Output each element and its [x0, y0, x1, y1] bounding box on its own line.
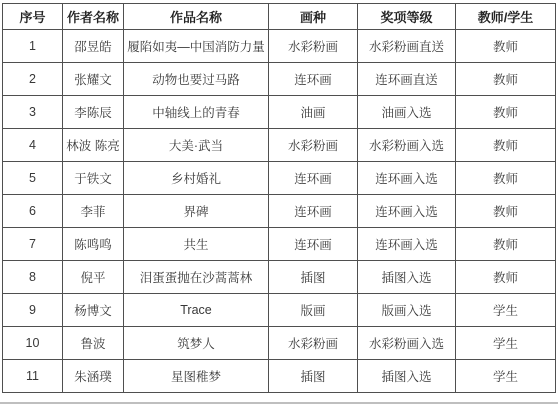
header-row: 序号 作者名称 作品名称 画种 奖项等级 教师/学生 [3, 4, 556, 30]
cell-role: 教师 [456, 228, 556, 261]
table-row: 10鲁波筑梦人水彩粉画水彩粉画入选学生 [3, 327, 556, 360]
cell-award: 版画入选 [358, 294, 456, 327]
cell-work: 筑梦人 [124, 327, 269, 360]
cell-type: 连环画 [269, 228, 358, 261]
cell-index: 4 [3, 129, 63, 162]
cell-work: 共生 [124, 228, 269, 261]
table-row: 8倪平泪蛋蛋抛在沙蒿蒿林插图插图入选教师 [3, 261, 556, 294]
cell-index: 5 [3, 162, 63, 195]
cell-type: 水彩粉画 [269, 327, 358, 360]
cell-work: Trace [124, 294, 269, 327]
cell-role: 教师 [456, 195, 556, 228]
cell-author: 杨博文 [63, 294, 124, 327]
table-row: 3李陈辰中轴线上的青春油画油画入选教师 [3, 96, 556, 129]
cell-award: 连环画入选 [358, 228, 456, 261]
cell-role: 教师 [456, 63, 556, 96]
cell-role: 教师 [456, 261, 556, 294]
cell-index: 9 [3, 294, 63, 327]
cell-award: 水彩粉画入选 [358, 327, 456, 360]
cell-role: 学生 [456, 360, 556, 393]
table-row: 5于铁文乡村婚礼连环画连环画入选教师 [3, 162, 556, 195]
table-row: 4林波 陈亮大美·武当水彩粉画水彩粉画入选教师 [3, 129, 556, 162]
cell-award: 插图入选 [358, 360, 456, 393]
column-header-type: 画种 [269, 4, 358, 30]
cell-type: 插图 [269, 261, 358, 294]
cell-work: 界碑 [124, 195, 269, 228]
cell-author: 倪平 [63, 261, 124, 294]
column-header-author: 作者名称 [63, 4, 124, 30]
cell-index: 7 [3, 228, 63, 261]
cell-role: 教师 [456, 96, 556, 129]
cell-index: 2 [3, 63, 63, 96]
cell-work: 动物也要过马路 [124, 63, 269, 96]
table-screenshot: 序号 作者名称 作品名称 画种 奖项等级 教师/学生 1邵昱皓履陷如夷—中国消防… [0, 0, 558, 404]
cell-type: 连环画 [269, 63, 358, 96]
cell-award: 插图入选 [358, 261, 456, 294]
cell-work: 星图稚梦 [124, 360, 269, 393]
cell-index: 11 [3, 360, 63, 393]
cell-type: 连环画 [269, 195, 358, 228]
cell-award: 水彩粉画直送 [358, 30, 456, 63]
cell-author: 邵昱皓 [63, 30, 124, 63]
cell-role: 教师 [456, 30, 556, 63]
awards-table: 序号 作者名称 作品名称 画种 奖项等级 教师/学生 1邵昱皓履陷如夷—中国消防… [2, 3, 556, 393]
cell-role: 学生 [456, 327, 556, 360]
cell-index: 8 [3, 261, 63, 294]
cell-index: 3 [3, 96, 63, 129]
cell-work: 大美·武当 [124, 129, 269, 162]
cell-index: 1 [3, 30, 63, 63]
table-row: 2张耀文动物也要过马路连环画连环画直送教师 [3, 63, 556, 96]
cell-index: 10 [3, 327, 63, 360]
cell-award: 连环画入选 [358, 195, 456, 228]
cell-type: 水彩粉画 [269, 30, 358, 63]
cell-author: 陈鸣鸣 [63, 228, 124, 261]
cell-author: 林波 陈亮 [63, 129, 124, 162]
table-body: 1邵昱皓履陷如夷—中国消防力量水彩粉画水彩粉画直送教师2张耀文动物也要过马路连环… [3, 30, 556, 393]
cell-type: 水彩粉画 [269, 129, 358, 162]
cell-author: 鲁波 [63, 327, 124, 360]
cell-type: 插图 [269, 360, 358, 393]
cell-role: 学生 [456, 294, 556, 327]
cell-author: 张耀文 [63, 63, 124, 96]
cell-type: 连环画 [269, 162, 358, 195]
column-header-work: 作品名称 [124, 4, 269, 30]
table-row: 11朱涵璞星图稚梦插图插图入选学生 [3, 360, 556, 393]
cell-award: 连环画直送 [358, 63, 456, 96]
cell-work: 履陷如夷—中国消防力量 [124, 30, 269, 63]
cell-work: 泪蛋蛋抛在沙蒿蒿林 [124, 261, 269, 294]
table-row: 9杨博文Trace版画版画入选学生 [3, 294, 556, 327]
cell-type: 版画 [269, 294, 358, 327]
cell-author: 于铁文 [63, 162, 124, 195]
cell-author: 朱涵璞 [63, 360, 124, 393]
cell-work: 乡村婚礼 [124, 162, 269, 195]
cell-author: 李菲 [63, 195, 124, 228]
table-row: 7陈鸣鸣共生连环画连环画入选教师 [3, 228, 556, 261]
column-header-role: 教师/学生 [456, 4, 556, 30]
cell-role: 教师 [456, 162, 556, 195]
cell-award: 油画入选 [358, 96, 456, 129]
table-row: 1邵昱皓履陷如夷—中国消防力量水彩粉画水彩粉画直送教师 [3, 30, 556, 63]
column-header-index: 序号 [3, 4, 63, 30]
cell-work: 中轴线上的青春 [124, 96, 269, 129]
cell-role: 教师 [456, 129, 556, 162]
cell-author: 李陈辰 [63, 96, 124, 129]
cell-type: 油画 [269, 96, 358, 129]
cell-award: 水彩粉画入选 [358, 129, 456, 162]
cell-award: 连环画入选 [358, 162, 456, 195]
column-header-award: 奖项等级 [358, 4, 456, 30]
table-row: 6李菲界碑连环画连环画入选教师 [3, 195, 556, 228]
cell-index: 6 [3, 195, 63, 228]
